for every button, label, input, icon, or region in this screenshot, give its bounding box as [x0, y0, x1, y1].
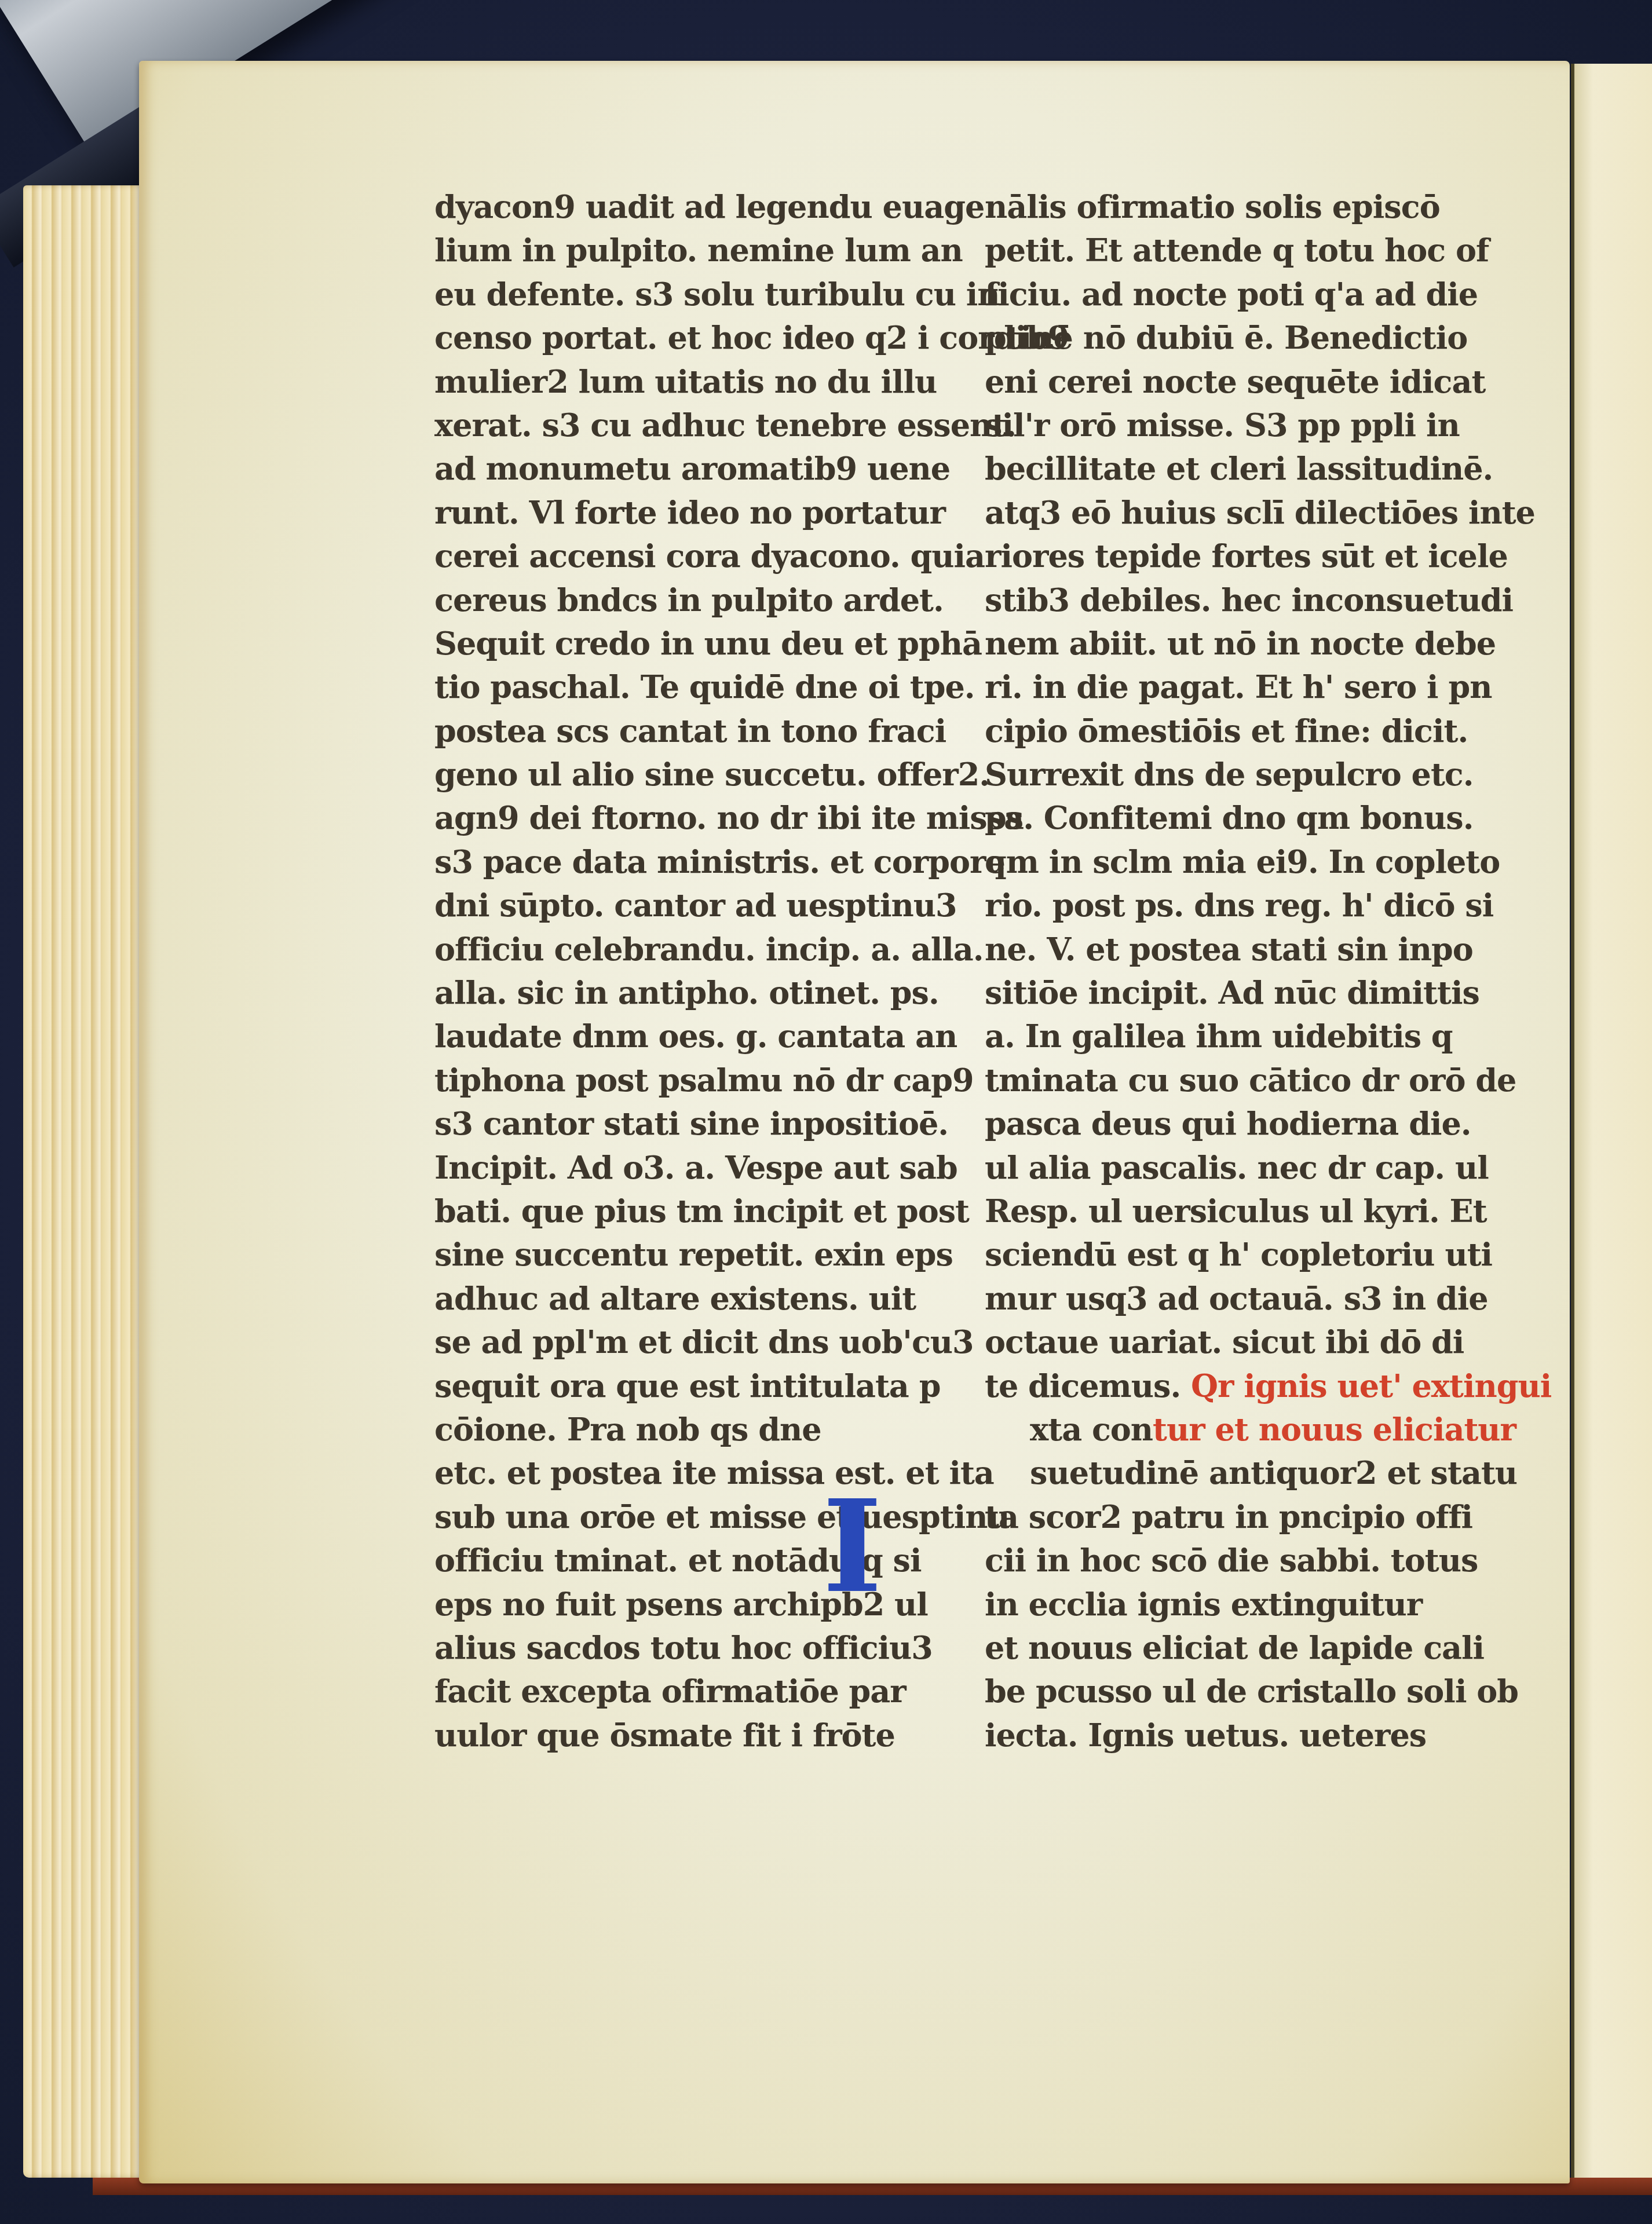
- text-line: dni sūpto. cantor ad uesptinu3: [434, 884, 944, 927]
- vellum-leaf: dyacon9 uadit ad legendu euage lium in p…: [139, 61, 1570, 2183]
- text-line: riores tepide fortes sūt et icele: [985, 535, 1494, 578]
- text-line: officiu celebrandu. incip. a. alla.: [434, 928, 944, 971]
- text-line: ad monumetu aromatib9 uene: [434, 447, 944, 491]
- text-segment: te dicemus.: [985, 1367, 1180, 1404]
- text-segment: xta con: [1030, 1411, 1153, 1448]
- text-line: qm in sclm mia ei9. In copleto: [985, 840, 1494, 884]
- text-line: postea scs cantat in tono fraci: [434, 709, 944, 753]
- text-line: ri. in die pagat. Et h' sero i pn: [985, 665, 1494, 709]
- text-line: sil'r orō misse. S3 pp ppli in: [985, 404, 1494, 447]
- text-line: sequit ora que est intitulata p: [434, 1365, 944, 1408]
- text-line: mur usq3 ad octauā. s3 in die: [985, 1277, 1494, 1321]
- text-line: ta scor2 patru in pncipio offi: [985, 1495, 1494, 1539]
- text-line: runt. Vl forte ideo no portatur: [434, 491, 944, 535]
- text-line: nem abiit. ut nō in nocte debe: [985, 622, 1494, 665]
- text-line: mulier2 lum uitatis no du illu: [434, 360, 944, 404]
- rubric-heading-continued: tur et nouus eliciatur: [1153, 1411, 1516, 1448]
- text-line: tiphona post psalmu nō dr cap9: [434, 1059, 944, 1102]
- text-line: et nouus eliciat de lapide cali: [985, 1626, 1494, 1670]
- text-line: ul alia pascalis. nec dr cap. ul: [985, 1146, 1494, 1190]
- text-line: uulor que ōsmate fit i frōte: [434, 1714, 944, 1757]
- text-line: stib3 debiles. hec inconsuetudi: [985, 579, 1494, 622]
- text-line: becillitate et cleri lassitudinē.: [985, 447, 1494, 491]
- text-line: cereus bndcs in pulpito ardet.: [434, 579, 944, 622]
- text-line: censo portat. et hoc ideo q2 i cordib9: [434, 316, 944, 360]
- text-line: agn9 dei ftorno. no dr ibi ite missa: [434, 796, 944, 840]
- text-line: adhuc ad altare existens. uit: [434, 1277, 944, 1321]
- text-line: facit excepta ofirmatiōe par: [434, 1670, 944, 1713]
- text-line: cerei accensi cora dyacono. quia: [434, 535, 944, 578]
- text-line: cōione. Pra nob qs dne: [434, 1408, 944, 1451]
- text-line: rio. post ps. dns reg. h' dicō si: [985, 884, 1494, 927]
- text-line: tminata cu suo cātico dr orō de: [985, 1059, 1494, 1102]
- text-line: a. In galilea ihm uidebitis q: [985, 1015, 1494, 1058]
- text-line: sitiōe incipit. Ad nūc dimittis: [985, 971, 1494, 1015]
- text-line: suetudinē antiquor2 et statu: [985, 1451, 1494, 1495]
- text-line: lium in pulpito. nemine lum an: [434, 229, 944, 272]
- text-line: s3 cantor stati sine inpositioē.: [434, 1102, 944, 1146]
- rubric-line-1: te dicemus. Qr ignis uet' extingui: [985, 1365, 1494, 1408]
- text-line: Incipit. Ad o3. a. Vespe aut sab: [434, 1146, 944, 1190]
- rubric-line-2: xta contur et nouus eliciatur: [985, 1408, 1494, 1451]
- text-line: in ecclia ignis extinguitur: [985, 1583, 1494, 1626]
- text-line: geno ul alio sine succetu. offer2.: [434, 753, 944, 796]
- text-line: ne. V. et postea stati sin inpo: [985, 928, 1494, 971]
- text-line: laudate dnm oes. g. cantata an: [434, 1015, 944, 1058]
- text-line: eni cerei nocte sequēte idicat: [985, 360, 1494, 404]
- text-line: nālis ofirmatio solis episcō: [985, 185, 1494, 229]
- text-line: se ad ppl'm et dicit dns uob'cu3: [434, 1321, 944, 1364]
- rubric-heading: Qr ignis uet' extingui: [1191, 1367, 1551, 1404]
- text-line: Surrexit dns de sepulcro etc.: [985, 753, 1494, 796]
- text-line: pasca deus qui hodierna die.: [985, 1102, 1494, 1146]
- facing-recto-page: [1571, 64, 1652, 2189]
- text-line: dyacon9 uadit ad legendu euage: [434, 185, 944, 229]
- text-line: iecta. Ignis uetus. ueteres: [985, 1714, 1494, 1757]
- text-line: alla. sic in antipho. otinet. ps.: [434, 971, 944, 1015]
- text-line: Resp. ul uersiculus ul kyri. Et: [985, 1190, 1494, 1233]
- text-column-right: nālis ofirmatio solis episcō petit. Et a…: [985, 185, 1494, 1757]
- text-line: Sequit credo in unu deu et pphā: [434, 622, 944, 665]
- text-line: cii in hoc scō die sabbi. totus: [985, 1539, 1494, 1582]
- text-line: bati. que pius tm incipit et post: [434, 1190, 944, 1233]
- blue-initial-letter: I: [823, 1491, 875, 1601]
- text-line: petit. Et attende q totu hoc of: [985, 229, 1494, 272]
- text-line: octaue uariat. sicut ibi dō di: [985, 1321, 1494, 1364]
- text-line: eu defente. s3 solu turibulu cu in: [434, 273, 944, 316]
- text-line: tio paschal. Te quidē dne oi tpe.: [434, 665, 944, 709]
- text-line: s3 pace data ministris. et corpore: [434, 840, 944, 884]
- text-line: sine succentu repetit. exin eps: [434, 1233, 944, 1276]
- text-line: be pcusso ul de cristallo soli ob: [985, 1670, 1494, 1713]
- text-line: alius sacdos totu hoc officiu3: [434, 1626, 944, 1670]
- text-line: ficiu. ad nocte poti q'a ad die: [985, 273, 1494, 316]
- text-line: cipio ōmestiōis et fine: dicit.: [985, 709, 1494, 753]
- text-line: sciendū est q h' copletoriu uti: [985, 1233, 1494, 1276]
- text-line: atq3 eō huius sclī dilectiōes inte: [985, 491, 1494, 535]
- text-line: ptinē nō dubiū ē. Benedictio: [985, 316, 1494, 360]
- text-line: ps. Confitemi dno qm bonus.: [985, 796, 1494, 840]
- text-line: xerat. s3 cu adhuc tenebre essent.: [434, 404, 944, 447]
